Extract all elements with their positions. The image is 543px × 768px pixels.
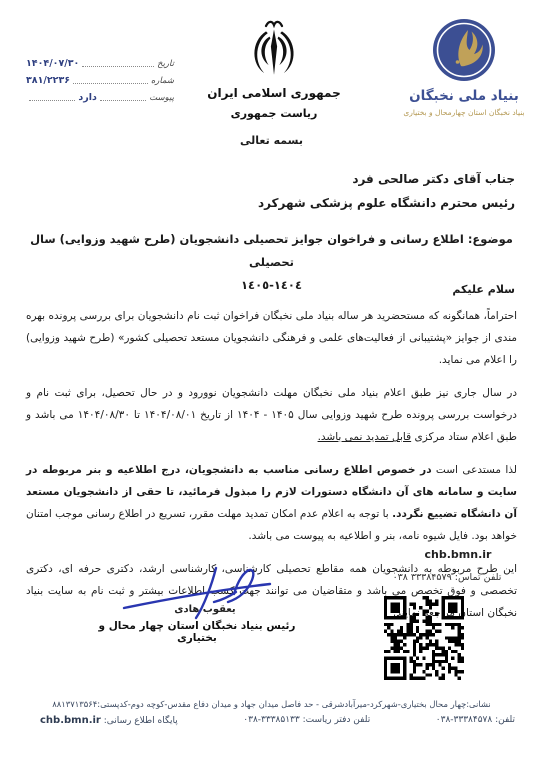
foundation-subtitle: بنیاد نخبگان استان چهارمحال و بختیاری [396,108,532,117]
emblem-title-line1: جمهوری اسلامی ایران [206,86,342,100]
recipient-title: رئیس محترم دانشگاه علوم پزشکی شهرکرد [28,191,515,215]
contact-phone-line: تلفن تماس: ۰۳۸ ۳۳۳۸۴۵۷۹ [382,572,512,583]
stamp-number-value: ۳۸۱/۲۲۳۶ [26,75,70,86]
stamp-attachment-value: دارد [78,92,96,103]
stamp-attachment-row: پیوست دارد [26,92,174,103]
stamp-date-value: ۱۴۰۴/۰۷/۳۰ [26,58,79,69]
footer-address: نشانی:چهار محال بختیاری-شهرکرد-میرآبادشر… [12,699,531,709]
letter-page: { "header": { "stamp": { "date_label": "… [0,0,543,768]
dotted-line [100,99,146,101]
subject-block: موضوع: اطلاع رسانی و فراخوان جوایز تحصیل… [28,228,515,297]
stamp-attachment-label: پیوست [149,93,174,103]
stamp-date-row: تاریخ ۱۴۰۴/۰۷/۳۰ [26,58,174,69]
stamp-block: تاریخ ۱۴۰۴/۰۷/۳۰ شماره ۳۸۱/۲۲۳۶ پیوست دا… [26,58,174,109]
recipient-name: جناب آقای دکتر صالحی فرد [28,167,515,191]
stamp-number-row: شماره ۳۸۱/۲۲۳۶ [26,75,174,86]
foundation-name: بنیاد ملی نخبگان [396,88,532,104]
footer-office-phone: تلفن دفتر ریاست: ۰۳۸-۳۳۳۸۵۱۳۳ [243,715,370,726]
salutation: سلام علیکم [452,283,515,296]
footer-website-url: chb.bmn.ir [40,715,101,726]
subject-line: موضوع: اطلاع رسانی و فراخوان جوایز تحصیل… [28,228,515,274]
stamp-date-label: تاریخ [157,59,174,69]
iran-emblem-icon [245,18,303,82]
year-range: ۱۴۰۴ - ۱۴۰۵ [237,409,294,421]
paragraph-1: احتراماً، همانگونه که مستحضرید هر ساله ب… [26,305,517,371]
dotted-line [29,99,75,101]
besmele: بسمه تعالی [0,134,543,147]
dotted-line [82,65,154,67]
contact-phone-value: ۰۳۸ ۳۳۳۸۴۵۷۹ [393,572,452,583]
date-to: ۱۴۰۴/۰۸/۳۰ [78,409,130,421]
postal-code: ۸۸۱۳۷۱۳۵۶۴ [52,699,97,709]
signer-title: رئیس بنیاد نخبگان استان چهار محال و بختی… [82,620,312,644]
state-emblem-block: جمهوری اسلامی ایران ریاست جمهوری [206,18,342,120]
paragraph-2: در سال جاری نیز طبق اعلام بنیاد ملی نخبگ… [26,382,517,448]
emblem-title-line2: ریاست جمهوری [206,107,342,120]
signer-name: یعقوب هادی [160,604,250,615]
qr-code [384,596,464,680]
stamp-number-label: شماره [151,76,174,86]
subject-years: ١٤٠٤-١٤٠٥ [28,274,515,297]
recipient-block: جناب آقای دکتر صالحی فرد رئیس محترم دانش… [28,167,515,215]
foundation-logo-block: بنیاد ملی نخبگان بنیاد نخبگان استان چهار… [396,18,532,117]
footer-website: پایگاه اطلاع رسانی: chb.bmn.ir [40,715,178,726]
contact-phone-label: تلفن تماس: [455,572,502,583]
footer-contacts: تلفن: ۰۳۸-۳۳۳۸۴۵۷۸ تلفن دفتر ریاست: ۰۳۸-… [40,715,515,726]
paragraph-3: لذا مستدعی است در خصوص اطلاع رسانی مناسب… [26,459,517,547]
date-from: ۱۴۰۴/۰۸/۰۱ [144,409,196,421]
website-link: chb.bmn.ir [408,548,508,561]
footer-phone: تلفن: ۰۳۸-۳۳۳۸۴۵۷۸ [436,715,515,726]
underlined-text: قابل تمدید نمی باشد. [318,431,412,443]
elite-foundation-logo-icon [432,18,496,82]
dotted-line [73,82,148,84]
